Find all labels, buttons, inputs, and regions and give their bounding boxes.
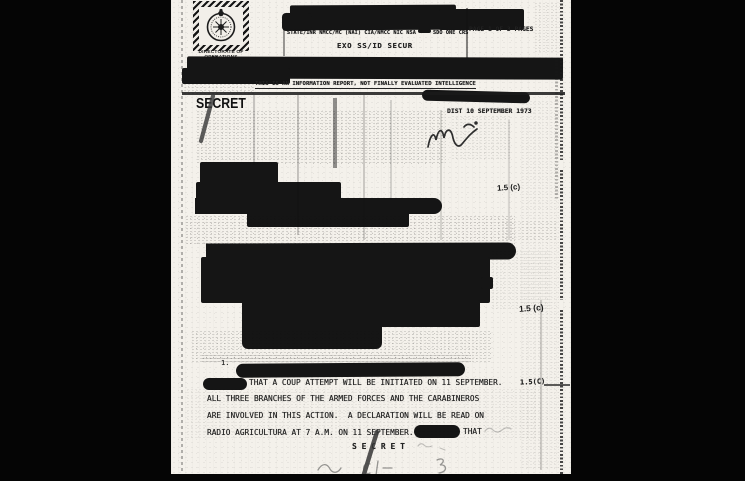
smudged-text-band bbox=[534, 2, 560, 52]
redaction-block bbox=[242, 300, 480, 327]
scan-streak bbox=[333, 98, 337, 168]
redaction-bar bbox=[236, 362, 465, 378]
smudged-text-band bbox=[201, 354, 471, 362]
redaction-bar bbox=[290, 5, 456, 31]
routing-right: SDO ONE CRS bbox=[433, 30, 468, 36]
redaction-bar bbox=[282, 13, 312, 31]
cia-seal-graphic bbox=[199, 7, 243, 45]
scan-streak bbox=[508, 120, 510, 240]
header-divider-line bbox=[466, 8, 468, 58]
routing-left: STATE/INR NMCC/MC (NAI) CIA/NMCC NIC NSA bbox=[287, 30, 416, 36]
classification-stamp-top: SECRET bbox=[196, 95, 246, 112]
scan-streak bbox=[297, 95, 299, 235]
margin-vertical-text bbox=[555, 60, 558, 200]
body-line-1: THAT A COUP ATTEMPT WILL BE INITIATED ON… bbox=[249, 378, 502, 387]
redaction-block bbox=[201, 257, 490, 303]
redaction-blob bbox=[203, 378, 247, 390]
margin-vertical-text bbox=[560, 170, 563, 300]
margin-vertical-text bbox=[560, 0, 563, 160]
cia-seal bbox=[193, 1, 249, 51]
smudged-text-band bbox=[451, 115, 511, 160]
scan-streak bbox=[390, 100, 392, 200]
handwriting-bottom bbox=[318, 459, 446, 474]
smudged-text-band bbox=[196, 110, 446, 165]
dist-date-line: DIST 10 SEPTEMBER 1973 bbox=[447, 107, 532, 115]
page-edge-noise bbox=[181, 0, 183, 474]
header-divider-line bbox=[283, 28, 285, 56]
redaction-blob bbox=[414, 425, 460, 438]
pen-slash-bottom-secret bbox=[363, 432, 377, 474]
redaction-inline bbox=[418, 29, 431, 33]
scan-streak bbox=[540, 300, 542, 470]
margin-vertical-text bbox=[560, 310, 563, 474]
information-report-banner: THIS IS AN INFORMATION REPORT, NOT FINAL… bbox=[255, 81, 476, 89]
classification-stamp-bottom: S E C R E T bbox=[352, 442, 405, 451]
body-line-4-after: THAT bbox=[463, 427, 482, 436]
margin-line bbox=[544, 384, 570, 386]
scan-streak bbox=[440, 110, 442, 240]
office-line: EXO SS/ID SECUR bbox=[337, 41, 413, 50]
viewer-background: { "document": { "seal": { "caption1": "D… bbox=[0, 0, 745, 481]
redaction-block bbox=[200, 162, 278, 184]
redaction-block bbox=[481, 277, 493, 289]
body-line-4: RADIO AGRICULTURA AT 7 A.M. ON 11 SEPTEM… bbox=[207, 428, 414, 437]
body-line-2: ALL THREE BRANCHES OF THE ARMED FORCES A… bbox=[207, 394, 479, 403]
page-count: PAGE 1 OF 3 PAGES bbox=[469, 26, 533, 33]
redaction-block bbox=[242, 324, 382, 349]
scanned-document-page: DIRECTORATE OF OPERATIONS STATE/INR NMCC… bbox=[171, 0, 571, 474]
routing-line: STATE/INR NMCC/MC (NAI) CIA/NMCC NIC NSA… bbox=[287, 30, 468, 36]
cia-seal-emblem bbox=[199, 7, 243, 45]
classification-marker: 1.5(C) bbox=[520, 377, 546, 386]
body-line-3: ARE INVOLVED IN THIS ACTION. A DECLARATI… bbox=[207, 411, 484, 420]
handwriting-squiggle bbox=[428, 122, 477, 147]
scan-streak bbox=[363, 95, 365, 240]
redaction-block bbox=[247, 212, 409, 227]
paragraph-number: 1. bbox=[221, 359, 229, 367]
scan-streak bbox=[253, 95, 255, 165]
